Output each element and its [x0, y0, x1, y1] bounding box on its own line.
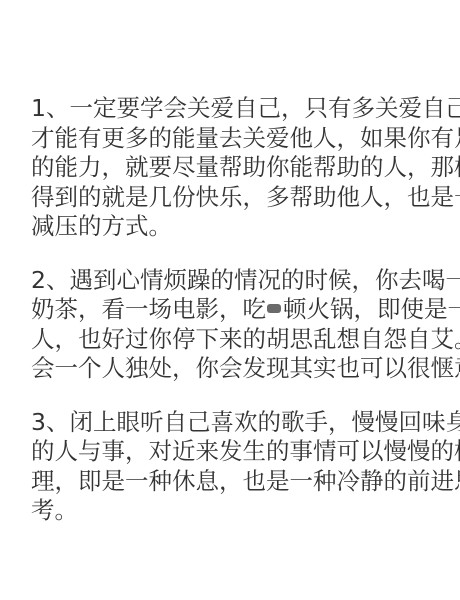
- paragraph-line: 3、闭上眼听自己喜欢的歌手，慢慢回味身边: [31, 408, 431, 438]
- document-body: 1、一定要学会关爱自己，只有多关爱自己， 才能有更多的能量去关爱他人，如果你有足…: [31, 94, 431, 526]
- paragraph-line: 会一个人独处，你会发现其实也可以很惬意。: [31, 354, 431, 384]
- line-suffix: 顿火锅，即使是一个: [283, 295, 460, 323]
- paragraph-1: 1、一定要学会关爱自己，只有多关爱自己， 才能有更多的能量去关爱他人，如果你有足…: [31, 94, 431, 242]
- paragraph-2: 2、遇到心情烦躁的情况的时候，你去喝一杯 奶茶，看一场电影，吃顿火锅，即使是一个…: [31, 266, 431, 384]
- paragraph-line: 的人与事，对近来发生的事情可以慢慢的梳: [31, 437, 431, 467]
- paragraph-line: 才能有更多的能量去关爱他人，如果你有足够: [31, 124, 431, 154]
- paragraph-line: 得到的就是几份快乐，多帮助他人，也是一种: [31, 183, 431, 213]
- paragraph-line: 减压的方式。: [31, 212, 431, 242]
- paragraph-line: 奶茶，看一场电影，吃顿火锅，即使是一个: [31, 295, 431, 325]
- eat-glyph: 吃: [243, 295, 267, 323]
- paragraph-line: 考。: [31, 496, 431, 526]
- paragraph-line: 1、一定要学会关爱自己，只有多关爱自己，: [31, 94, 431, 124]
- paragraph-3: 3、闭上眼听自己喜欢的歌手，慢慢回味身边 的人与事，对近来发生的事情可以慢慢的梳…: [31, 408, 431, 526]
- garbled-emoji-icon: [267, 304, 281, 313]
- paragraph-line: 人，也好过你停下来的胡思乱想自怨自艾。学: [31, 325, 431, 355]
- paragraph-line: 的能力，就要尽量帮助你能帮助的人，那样你: [31, 153, 431, 183]
- paragraph-line: 2、遇到心情烦躁的情况的时候，你去喝一杯: [31, 266, 431, 296]
- paragraph-line: 理，即是一种休息，也是一种冷静的前进思: [31, 467, 431, 497]
- line-prefix: 奶茶，看一场电影，: [31, 295, 243, 323]
